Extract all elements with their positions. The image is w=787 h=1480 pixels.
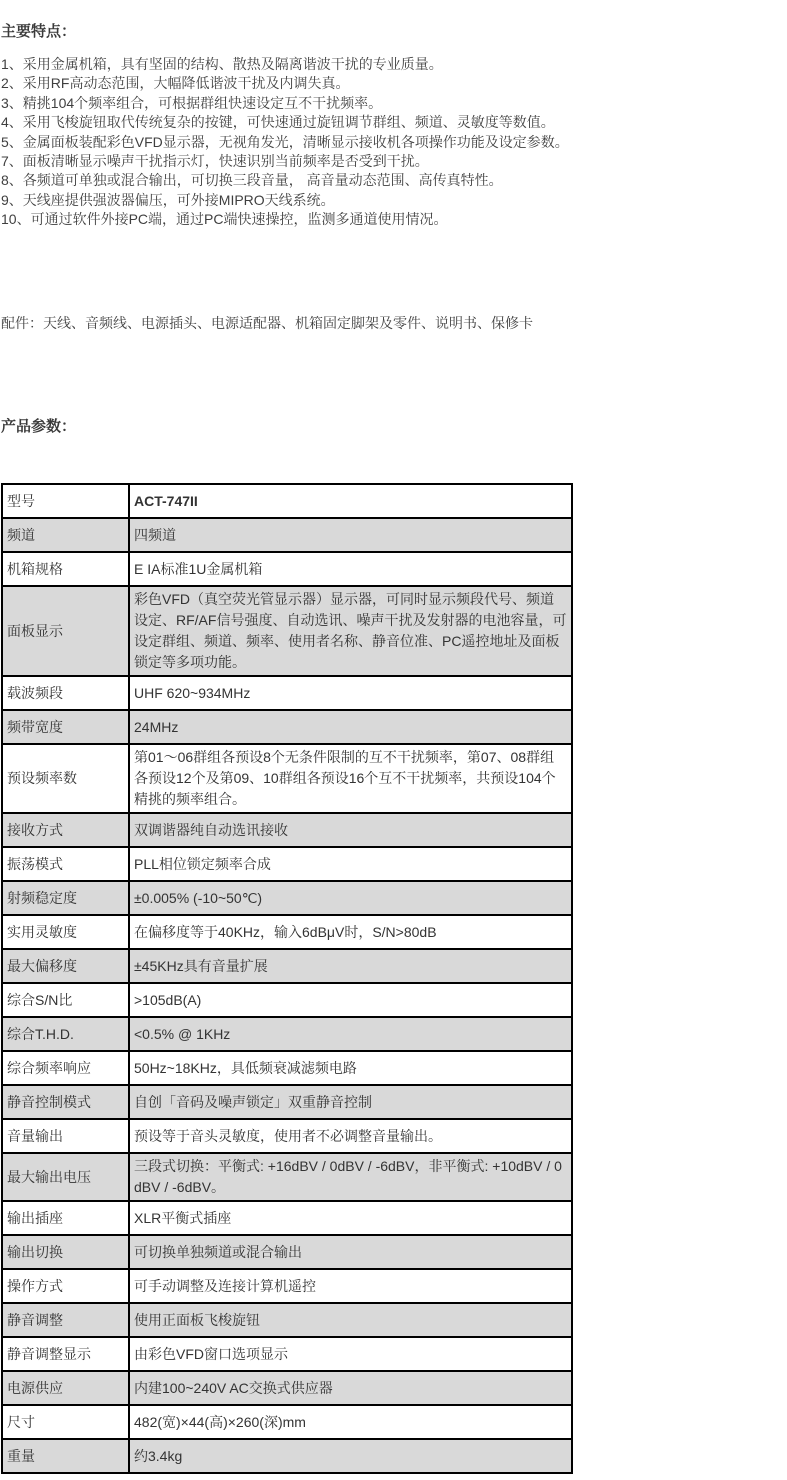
spec-value: <0.5% @ 1KHz	[129, 1017, 572, 1051]
feature-item: 3、精挑104个频率组合，可根据群组快速设定互不干扰频率。	[1, 94, 569, 113]
accessories-line: 配件：天线、音频线、电源插头、电源适配器、机箱固定脚架及零件、说明书、保修卡	[1, 314, 533, 333]
spec-row: 射频稳定度±0.005% (-10~50℃)	[2, 881, 572, 915]
spec-row: 实用灵敏度在偏移度等于40KHz，输入6dBμV时，S/N>80dB	[2, 915, 572, 949]
spec-row: 电源供应内建100~240V AC交换式供应器	[2, 1371, 572, 1405]
spec-row: 静音调整显示由彩色VFD窗口选项显示	[2, 1337, 572, 1371]
spec-row: 载波频段UHF 620~934MHz	[2, 676, 572, 710]
spec-value: 482(宽)×44(高)×260(深)mm	[129, 1405, 572, 1439]
spec-label: 载波频段	[2, 676, 129, 710]
spec-label: 输出插座	[2, 1201, 129, 1235]
spec-value: PLL相位锁定频率合成	[129, 847, 572, 881]
spec-value: 24MHz	[129, 710, 572, 744]
spec-value: >105dB(A)	[129, 983, 572, 1017]
spec-row: 输出切换可切换单独频道或混合输出	[2, 1235, 572, 1269]
spec-label: 输出切换	[2, 1235, 129, 1269]
spec-row: 操作方式可手动调整及连接计算机遥控	[2, 1269, 572, 1303]
spec-value: 在偏移度等于40KHz，输入6dBμV时，S/N>80dB	[129, 915, 572, 949]
spec-value: 三段式切换：平衡式: +16dBV / 0dBV / -6dBV，非平衡式: +…	[129, 1153, 572, 1201]
spec-label: 实用灵敏度	[2, 915, 129, 949]
feature-item: 9、天线座提供强波器偏压，可外接MIPRO天线系统。	[1, 191, 569, 210]
spec-label: 重量	[2, 1439, 129, 1473]
spec-label: 操作方式	[2, 1269, 129, 1303]
spec-label: 综合S/N比	[2, 983, 129, 1017]
spec-row: 机箱规格E IA标准1U金属机箱	[2, 552, 572, 586]
features-section-title: 主要特点：	[1, 22, 76, 42]
spec-label: 最大偏移度	[2, 949, 129, 983]
spec-label: 尺寸	[2, 1405, 129, 1439]
spec-label: 静音调整	[2, 1303, 129, 1337]
spec-value: 可手动调整及连接计算机遥控	[129, 1269, 572, 1303]
feature-item: 7、面板清晰显示噪声干扰指示灯，快速识别当前频率是否受到干扰。	[1, 152, 569, 171]
features-list: 1、采用金属机箱，具有坚固的结构、散热及隔离谐波干扰的专业质量。2、采用RF高动…	[1, 55, 569, 230]
spec-value: 彩色VFD（真空荧光管显示器）显示器，可同时显示频段代号、频道设定、RF/AF信…	[129, 586, 572, 676]
spec-row: 最大输出电压三段式切换：平衡式: +16dBV / 0dBV / -6dBV，非…	[2, 1153, 572, 1201]
spec-label: 频道	[2, 518, 129, 552]
spec-row: 综合频率响应50Hz~18KHz，具低频衰减滤频电路	[2, 1051, 572, 1085]
spec-label: 振荡模式	[2, 847, 129, 881]
spec-row: 型号ACT-747II	[2, 484, 572, 518]
spec-value: 四频道	[129, 518, 572, 552]
spec-row: 频道四频道	[2, 518, 572, 552]
spec-label: 综合频率响应	[2, 1051, 129, 1085]
spec-label: 接收方式	[2, 813, 129, 847]
spec-value: ±0.005% (-10~50℃)	[129, 881, 572, 915]
spec-value: 预设等于音头灵敏度，使用者不必调整音量输出。	[129, 1119, 572, 1153]
spec-label: 面板显示	[2, 586, 129, 676]
spec-value: ACT-747II	[129, 484, 572, 518]
params-section-title: 产品参数：	[1, 417, 76, 437]
spec-value: 双调谐器纯自动选讯接收	[129, 813, 572, 847]
feature-item: 2、采用RF高动态范围，大幅降低谐波干扰及内调失真。	[1, 74, 569, 93]
spec-label: 机箱规格	[2, 552, 129, 586]
spec-value: XLR平衡式插座	[129, 1201, 572, 1235]
spec-row: 振荡模式PLL相位锁定频率合成	[2, 847, 572, 881]
spec-label: 频带宽度	[2, 710, 129, 744]
spec-value: 自创「音码及噪声锁定」双重静音控制	[129, 1085, 572, 1119]
spec-label: 电源供应	[2, 1371, 129, 1405]
spec-row: 最大偏移度±45KHz具有音量扩展	[2, 949, 572, 983]
spec-label: 音量输出	[2, 1119, 129, 1153]
spec-value: 约3.4kg	[129, 1439, 572, 1473]
spec-table: 型号ACT-747II频道四频道机箱规格E IA标准1U金属机箱面板显示彩色VF…	[1, 483, 573, 1474]
spec-row: 频带宽度24MHz	[2, 710, 572, 744]
spec-label: 最大输出电压	[2, 1153, 129, 1201]
spec-row: 尺寸482(宽)×44(高)×260(深)mm	[2, 1405, 572, 1439]
spec-value: 第01～06群组各预设8个无条件限制的互不干扰频率，第07、08群组各预设12个…	[129, 744, 572, 813]
spec-value: E IA标准1U金属机箱	[129, 552, 572, 586]
spec-row: 综合T.H.D.<0.5% @ 1KHz	[2, 1017, 572, 1051]
feature-item: 4、采用飞梭旋钮取代传统复杂的按键，可快速通过旋钮调节群组、频道、灵敏度等数值。	[1, 113, 569, 132]
spec-value: UHF 620~934MHz	[129, 676, 572, 710]
spec-row: 接收方式双调谐器纯自动选讯接收	[2, 813, 572, 847]
spec-row: 静音控制模式自创「音码及噪声锁定」双重静音控制	[2, 1085, 572, 1119]
spec-label: 静音控制模式	[2, 1085, 129, 1119]
spec-value: 可切换单独频道或混合输出	[129, 1235, 572, 1269]
feature-item: 10、可通过软件外接PC端，通过PC端快速操控，监测多通道使用情况。	[1, 210, 569, 229]
spec-label: 预设频率数	[2, 744, 129, 813]
spec-label: 型号	[2, 484, 129, 518]
spec-row: 静音调整使用正面板飞梭旋钮	[2, 1303, 572, 1337]
feature-item: 5、金属面板装配彩色VFD显示器，无视角发光，清晰显示接收机各项操作功能及设定参…	[1, 133, 569, 152]
spec-value: 内建100~240V AC交换式供应器	[129, 1371, 572, 1405]
spec-label: 射频稳定度	[2, 881, 129, 915]
spec-value: 由彩色VFD窗口选项显示	[129, 1337, 572, 1371]
spec-label: 综合T.H.D.	[2, 1017, 129, 1051]
spec-row: 音量输出预设等于音头灵敏度，使用者不必调整音量输出。	[2, 1119, 572, 1153]
spec-row: 重量约3.4kg	[2, 1439, 572, 1473]
feature-item: 8、各频道可单独或混合输出，可切换三段音量， 高音量动态范围、高传真特性。	[1, 171, 569, 190]
spec-row: 综合S/N比>105dB(A)	[2, 983, 572, 1017]
spec-label: 静音调整显示	[2, 1337, 129, 1371]
spec-value: ±45KHz具有音量扩展	[129, 949, 572, 983]
spec-row: 预设频率数第01～06群组各预设8个无条件限制的互不干扰频率，第07、08群组各…	[2, 744, 572, 813]
spec-value: 50Hz~18KHz，具低频衰减滤频电路	[129, 1051, 572, 1085]
spec-row: 输出插座XLR平衡式插座	[2, 1201, 572, 1235]
feature-item: 1、采用金属机箱，具有坚固的结构、散热及隔离谐波干扰的专业质量。	[1, 55, 569, 74]
spec-row: 面板显示彩色VFD（真空荧光管显示器）显示器，可同时显示频段代号、频道设定、RF…	[2, 586, 572, 676]
spec-value: 使用正面板飞梭旋钮	[129, 1303, 572, 1337]
